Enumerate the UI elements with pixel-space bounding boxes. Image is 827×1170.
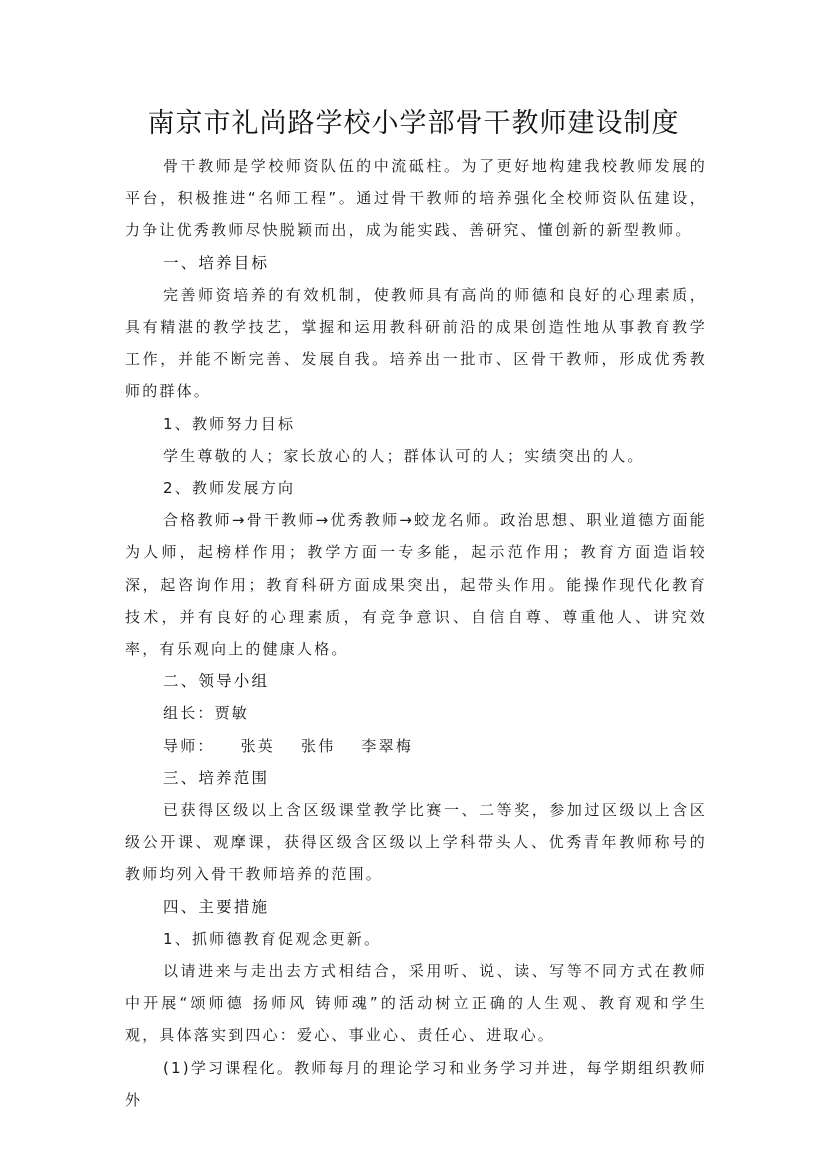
subheading-development-direction: 2、教师发展方向 — [125, 472, 707, 504]
document-body: 骨干教师是学校师资队伍的中流砥柱。为了更好地构建我校教师发展的平台，积极推进“名… — [125, 150, 707, 1116]
goals-paragraph: 完善师资培养的有效机制，使教师具有高尚的师德和良好的心理素质，具有精湛的教学技艺… — [125, 279, 707, 408]
ethics-education-paragraph: 以请进来与走出去方式相结合，采用听、说、读、写等不同方式在教师中开展“颂师德 扬… — [125, 955, 707, 1052]
scope-paragraph: 已获得区级以上含区级课堂教学比赛一、二等奖，参加过区级以上含区级公开课、观摩课，… — [125, 794, 707, 891]
development-direction-paragraph: 合格教师→骨干教师→优秀教师→蛟龙名师。政治思想、职业道德方面能为人师，起榜样作… — [125, 504, 707, 665]
learning-curriculum-paragraph: (1)学习课程化。教师每月的理论学习和业务学习并进，每学期组织教师外 — [125, 1052, 707, 1116]
section-heading-leadership: 二、领导小组 — [125, 665, 707, 697]
section-heading-measures: 四、主要措施 — [125, 891, 707, 923]
intro-paragraph: 骨干教师是学校师资队伍的中流砥柱。为了更好地构建我校教师发展的平台，积极推进“名… — [125, 150, 707, 247]
document-page: 南京市礼尚路学校小学部骨干教师建设制度 骨干教师是学校师资队伍的中流砥柱。为了更… — [0, 0, 827, 1170]
document-title: 南京市礼尚路学校小学部骨干教师建设制度 — [0, 104, 827, 144]
subheading-teacher-targets: 1、教师努力目标 — [125, 408, 707, 440]
subheading-ethics-education: 1、抓师德教育促观念更新。 — [125, 923, 707, 955]
section-heading-scope: 三、培养范围 — [125, 762, 707, 794]
mentor-name: 李翠梅 — [361, 737, 413, 755]
teacher-targets-text: 学生尊敬的人；家长放心的人；群体认可的人；实绩突出的人。 — [125, 440, 707, 472]
section-heading-goals: 一、培养目标 — [125, 247, 707, 279]
mentors-label: 导师： — [163, 737, 215, 755]
group-leader-line: 组长：贾敏 — [125, 697, 707, 729]
mentor-name: 张伟 — [301, 737, 335, 755]
mentors-line: 导师：张英张伟李翠梅 — [125, 730, 707, 762]
mentor-name: 张英 — [241, 737, 275, 755]
